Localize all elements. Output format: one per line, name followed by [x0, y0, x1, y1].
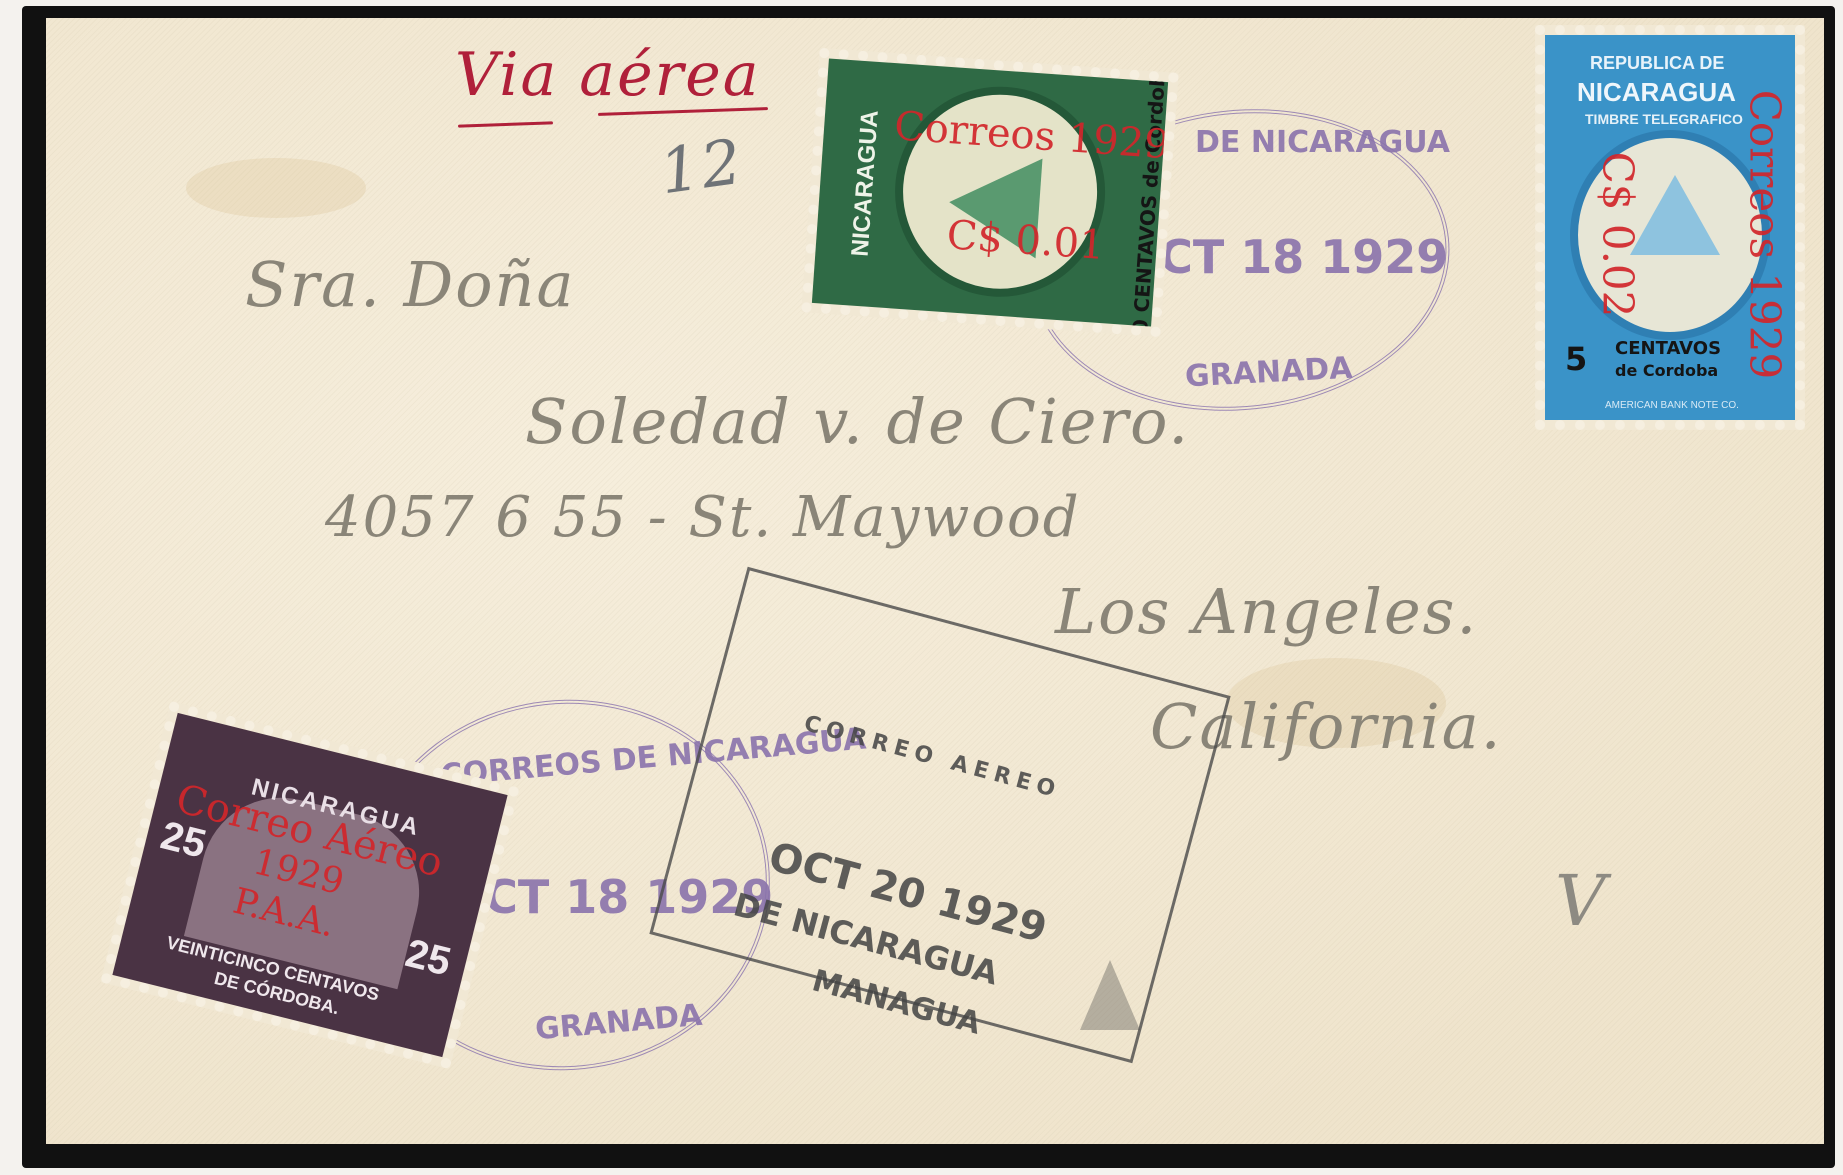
stamp-printer: AMERICAN BANK NOTE CO.: [1605, 400, 1739, 411]
paper-stain: [186, 158, 366, 218]
postmark-upper-date: OCT 18 1929: [1120, 230, 1448, 284]
address-name: Soledad v. de Ciero.: [525, 385, 1190, 458]
postmark-upper-top: DE NICARAGUA: [1195, 125, 1450, 160]
stamp-country-line2: NICARAGUA: [847, 109, 885, 257]
pencil-check-mark: V: [1555, 860, 1608, 942]
stamp-overprint-value: C$ 0.02: [1593, 152, 1642, 318]
stamp-type: TIMBRE TELEGRAFICO: [1585, 111, 1743, 127]
stamp-value-line1: CENTAVOS: [1615, 338, 1721, 359]
coat-of-arms-triangle-icon: [1630, 175, 1720, 255]
stamp-overprint-correos: Correos 1929: [1740, 90, 1789, 380]
stamp-value-right: 25: [401, 931, 455, 985]
stamp-country-line1: REPUBLICA DE: [1590, 53, 1724, 74]
stamp-frame: REPUBLICA DE NICARAGUA 10 CENTAVOS de Co…: [812, 58, 1168, 326]
address-street: 4057 6 55 - St. Maywood: [325, 485, 1081, 550]
cachet-volcano-icon: [1080, 960, 1140, 1030]
stamp-value-line2: de Cordoba: [1615, 361, 1718, 380]
pencil-number: 12: [655, 125, 747, 209]
stamp-country-line2: NICARAGUA: [1577, 77, 1736, 108]
via-aerea-annotation: Via aérea: [455, 40, 761, 110]
address-city: Los Angeles.: [1055, 575, 1478, 648]
stamp-blue-telegraph: REPUBLICA DE NICARAGUA TIMBRE TELEGRAFIC…: [1545, 35, 1795, 420]
address-salutation: Sra. Doña: [245, 248, 575, 321]
stamp-value-number: 5: [1565, 340, 1587, 378]
stamp-green-telegraph: REPUBLICA DE NICARAGUA 10 CENTAVOS de Co…: [812, 58, 1168, 326]
stamp-frame: REPUBLICA DE NICARAGUA TIMBRE TELEGRAFIC…: [1545, 35, 1795, 420]
